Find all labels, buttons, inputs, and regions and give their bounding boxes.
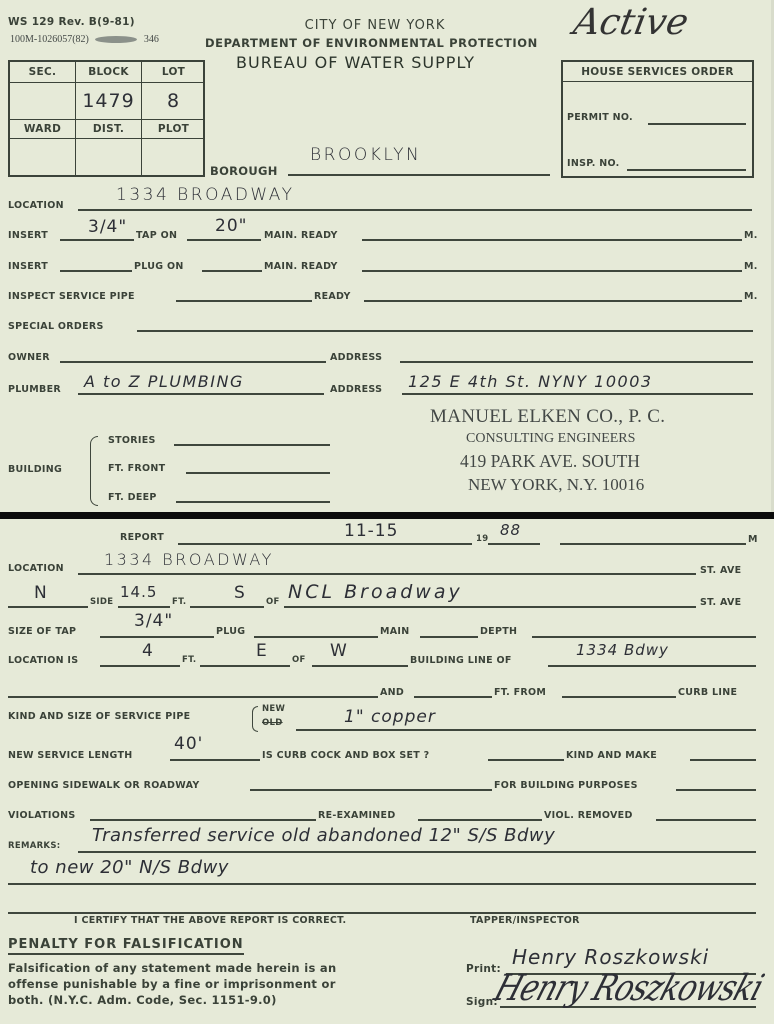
curb-line-location-field[interactable] [8,696,378,698]
side-label: SIDE [90,597,113,607]
new-service-length-value: 40' [174,734,203,754]
opening-label: OPENING SIDEWALK OR ROADWAY [8,780,200,791]
inspect-ready-field[interactable] [364,300,742,302]
location-is-dir-value: E [256,641,268,661]
house-services-order-card: WS 129 Rev. B(9-81) 100M-1026057(82) 346… [0,0,774,512]
house-services-order-box: HOUSE SERVICES ORDER PERMIT NO. INSP. NO… [561,60,754,178]
curb-line-label: CURB LINE [678,687,737,698]
size-of-tap-value: 3/4" [134,611,173,631]
borough-label: BOROUGH [210,164,278,178]
report-date-value: 11-15 [344,521,398,541]
new-option[interactable]: NEW [262,704,285,714]
header-department: DEPARTMENT OF ENVIRONMENTAL PROTECTION [205,36,538,50]
size-of-tap-label: SIZE OF TAP [8,626,76,637]
main-label: MAIN [380,626,410,637]
kind-make-label: KIND AND MAKE [566,750,657,761]
sec-value [10,83,76,120]
building-line-field[interactable] [548,665,756,667]
report-year-field[interactable] [488,543,540,545]
location-label: LOCATION [8,200,64,211]
plumber-address-value: 125 E 4th St. NYNY 10003 [408,372,653,391]
plug-size-field[interactable] [60,270,132,272]
side-ft-field[interactable] [118,606,170,608]
ft-from-field[interactable] [562,696,676,698]
print-value: Henry Roszkowski [512,945,709,969]
opening-field[interactable] [250,789,492,791]
location-suffix: ST. AVE [700,565,741,576]
penalty-title: PENALTY FOR FALSIFICATION [8,937,244,955]
location-is-ft-value: 4 [142,641,154,661]
owner-address-label: ADDRESS [330,352,382,363]
side-dir-field[interactable] [190,606,264,608]
location-value: 1334 BROADWAY [116,185,295,205]
new-service-length-field[interactable] [170,759,260,761]
side-of-value: NCL Broadway [288,581,463,603]
status-scrawl: Active [570,2,691,43]
inspection-report-card: REPORT 11-15 19 88 M LOCATION 1334 BROAD… [0,519,774,1024]
service-pipe-label: KIND AND SIZE OF SERVICE PIPE [8,711,190,722]
main-field[interactable] [420,636,478,638]
dist-header: DIST. [76,120,142,139]
building-label: BUILDING [8,464,62,475]
side-ft-label: FT. [172,597,186,607]
insp-no-label: INSP. NO. [567,158,620,169]
plug-main-ready-label: MAIN. READY [264,261,338,272]
location-is-label: LOCATION IS [8,655,78,666]
depth-label: DEPTH [480,626,517,637]
kind-make-field[interactable] [690,759,756,761]
plot-value [142,139,205,175]
tapper-inspector-label: TAPPER/INSPECTOR [470,915,580,926]
viol-removed-field[interactable] [656,819,756,821]
ft-deep-field[interactable] [176,501,330,503]
location-label: LOCATION [8,563,64,574]
location-field[interactable] [78,573,696,575]
report-year-value: 88 [500,521,521,539]
location-field[interactable] [78,209,752,211]
curb-cock-field[interactable] [488,759,564,761]
report-time-suffix: M [748,534,758,545]
and-label: AND [380,687,404,698]
service-pipe-field[interactable] [296,729,756,731]
header-bureau: BUREAU OF WATER SUPPLY [236,53,475,72]
tap-size-value: 3/4" [88,217,127,237]
remarks-label: REMARKS: [8,841,60,851]
depth-field[interactable] [532,636,756,638]
plumber-address-label: ADDRESS [330,384,382,395]
ft-front-label: FT. FRONT [108,463,165,474]
side-field[interactable] [8,606,88,608]
building-line-value: 1334 Bdwy [576,641,669,659]
print-code: 100M-1026057(82) 346 [10,34,159,45]
certify-statement: I CERTIFY THAT THE ABOVE REPORT IS CORRE… [74,915,346,926]
insp-no-field[interactable] [627,169,746,171]
size-of-tap-field[interactable] [100,636,214,638]
remarks-line2-field[interactable] [8,883,756,885]
union-bug-icon [95,36,137,43]
ward-value [10,139,76,175]
reexamined-label: RE-EXAMINED [318,810,396,821]
side-value: N [34,583,48,603]
main-size-field[interactable] [187,239,261,241]
insert-plug-label: INSERT [8,261,48,272]
tap-size-field[interactable] [60,239,134,241]
special-orders-label: SPECIAL ORDERS [8,321,104,332]
stories-field[interactable] [174,444,330,446]
building-line-label: BUILDING LINE OF [410,655,512,666]
print-label: Print: [466,963,501,975]
owner-label: OWNER [8,352,50,363]
plug-ready-suffix: M. [744,261,758,272]
report-date-field[interactable] [178,543,472,545]
plug-ready-field[interactable] [362,270,742,272]
reexamined-field[interactable] [418,819,542,821]
owner-address-field[interactable] [400,361,753,363]
stamp-city: NEW YORK, N.Y. 10016 [468,475,644,495]
penalty-text: Falsification of any statement made here… [8,960,336,1008]
tap-ready-field[interactable] [362,239,742,241]
inspect-service-pipe-label: INSPECT SERVICE PIPE [8,291,135,302]
form-id: WS 129 Rev. B(9-81) [8,16,135,28]
owner-field[interactable] [60,361,326,363]
violations-field[interactable] [90,819,316,821]
location-is-of-value: W [330,641,348,661]
signature-value: Henry Roszkowski [489,968,768,1010]
stamp-subtitle: CONSULTING ENGINEERS [466,431,635,447]
certify-divider [8,912,756,914]
building-purposes-label: FOR BUILDING PURPOSES [494,780,638,791]
permit-no-field[interactable] [648,123,746,125]
lot-grid-table: SEC. BLOCK LOT 1479 8 WARD DIST. PLOT [8,60,205,177]
permit-no-label: PERMIT NO. [567,112,633,123]
house-services-order-title: HOUSE SERVICES ORDER [563,62,752,82]
location-is-of-field[interactable] [312,665,408,667]
insert-tap-label: INSERT [8,230,48,241]
plumber-field[interactable] [78,393,324,395]
side-of-field[interactable] [284,606,696,608]
lot-header: LOT [142,62,205,83]
report-time-field[interactable] [560,543,746,545]
ft-from-label: FT. FROM [494,687,546,698]
remarks-line2-value: to new 20" N/S Bdwy [30,857,229,878]
violations-label: VIOLATIONS [8,810,76,821]
viol-removed-label: VIOL. REMOVED [544,810,633,821]
sec-header: SEC. [10,62,76,83]
side-of-label: OF [266,597,280,607]
borough-field[interactable] [288,174,550,176]
stamp-company: MANUEL ELKEN CO., P. C. [430,406,665,428]
main-ready-label: MAIN. READY [264,230,338,241]
lot-value: 8 [142,83,205,120]
stamp-street: 419 PARK AVE. SOUTH [460,451,640,472]
location-is-ft-field[interactable] [100,665,180,667]
plumber-label: PLUMBER [8,384,61,395]
dist-value [76,139,142,175]
plot-header: PLOT [142,120,205,139]
location-is-of-label: OF [292,655,306,665]
main-size-value: 20" [215,216,247,236]
plumber-address-field[interactable] [402,393,753,395]
ft-front-field[interactable] [186,472,330,474]
ward-header: WARD [10,120,76,139]
side-suffix: ST. AVE [700,597,741,608]
building-brace [90,436,98,506]
block-value: 1479 [76,83,142,120]
location-is-dir-field[interactable] [200,665,290,667]
inspect-ready-suffix: M. [744,291,758,302]
side-dir-value: S [234,583,246,603]
block-header: BLOCK [76,62,142,83]
curb-cock-label: IS CURB COCK AND BOX SET ? [262,750,429,761]
remarks-line1-value: Transferred service old abandoned 12" S/… [92,825,555,846]
plug-label: PLUG [216,626,245,637]
plug-on-label: PLUG ON [134,261,184,272]
new-service-length-label: NEW SERVICE LENGTH [8,750,132,761]
plug-main-field[interactable] [202,270,262,272]
special-orders-field[interactable] [137,330,753,332]
report-year-prefix: 19 [476,534,488,544]
inspect-ready-label: READY [314,291,351,302]
inspect-service-pipe-field[interactable] [176,300,312,302]
remarks-line1-field[interactable] [78,851,756,853]
report-label: REPORT [120,532,164,543]
and-ft-field[interactable] [414,696,492,698]
header-city: CITY OF NEW YORK [300,18,450,33]
plumber-value: A to Z PLUMBING [84,372,244,391]
stories-label: STORIES [108,435,156,446]
tap-on-label: TAP ON [136,230,177,241]
borough-value: BROOKLYN [310,145,421,165]
service-pipe-brace [252,706,258,732]
ft-deep-label: FT. DEEP [108,492,157,503]
tap-ready-suffix: M. [744,230,758,241]
side-ft-value: 14.5 [120,583,157,601]
location-value: 1334 BROADWAY [104,550,274,569]
service-pipe-value: 1" copper [344,707,436,727]
building-purposes-field[interactable] [676,789,756,791]
plug-field[interactable] [254,636,378,638]
old-option[interactable]: OLD [262,718,283,728]
location-is-ft-label: FT. [182,655,196,665]
